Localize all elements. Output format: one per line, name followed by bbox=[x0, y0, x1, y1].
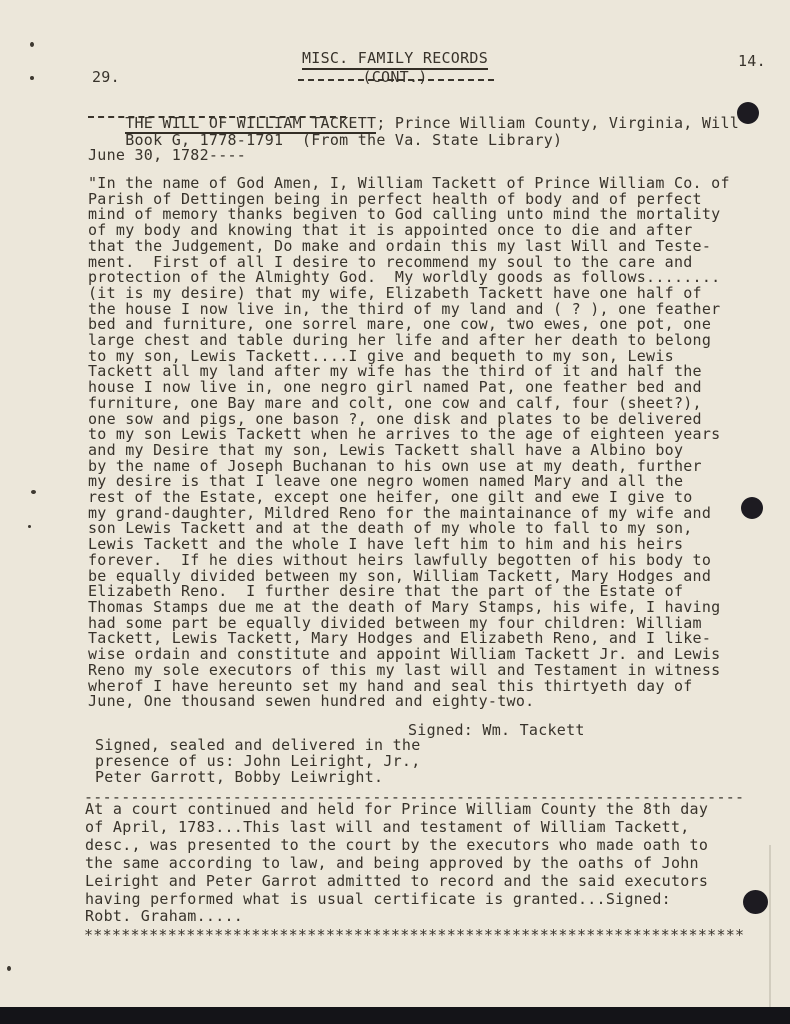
item-number: 29. bbox=[92, 68, 120, 86]
punch-hole-icon bbox=[743, 890, 768, 914]
date-line: June 30, 1782---- bbox=[88, 146, 246, 164]
document-page: MISC. FAMILY RECORDS (CONT.) 14. 29. THE… bbox=[0, 0, 790, 1024]
scan-bottom-strip bbox=[0, 1007, 790, 1024]
page-subtitle: (CONT.) bbox=[362, 68, 427, 86]
paper-speck bbox=[30, 42, 34, 47]
punch-hole-icon bbox=[737, 102, 759, 124]
heading-source-note: (From the Va. State Library) bbox=[283, 131, 562, 149]
court-record-text: At a court continued and held for Prince… bbox=[85, 801, 708, 926]
page-edge-line bbox=[769, 845, 771, 1007]
paper-speck bbox=[30, 76, 34, 80]
page-number: 14. bbox=[738, 52, 766, 70]
signature-line: Signed: Wm. Tackett bbox=[408, 721, 585, 739]
paper-speck bbox=[7, 966, 11, 971]
punch-hole-icon bbox=[741, 497, 763, 519]
paper-speck bbox=[28, 525, 31, 528]
witness-block: Signed, sealed and delivered in the pres… bbox=[95, 737, 421, 786]
asterisk-divider: ****************************************… bbox=[84, 926, 744, 944]
paper-speck bbox=[31, 490, 36, 494]
will-body-text: "In the name of God Amen, I, William Tac… bbox=[88, 176, 730, 710]
